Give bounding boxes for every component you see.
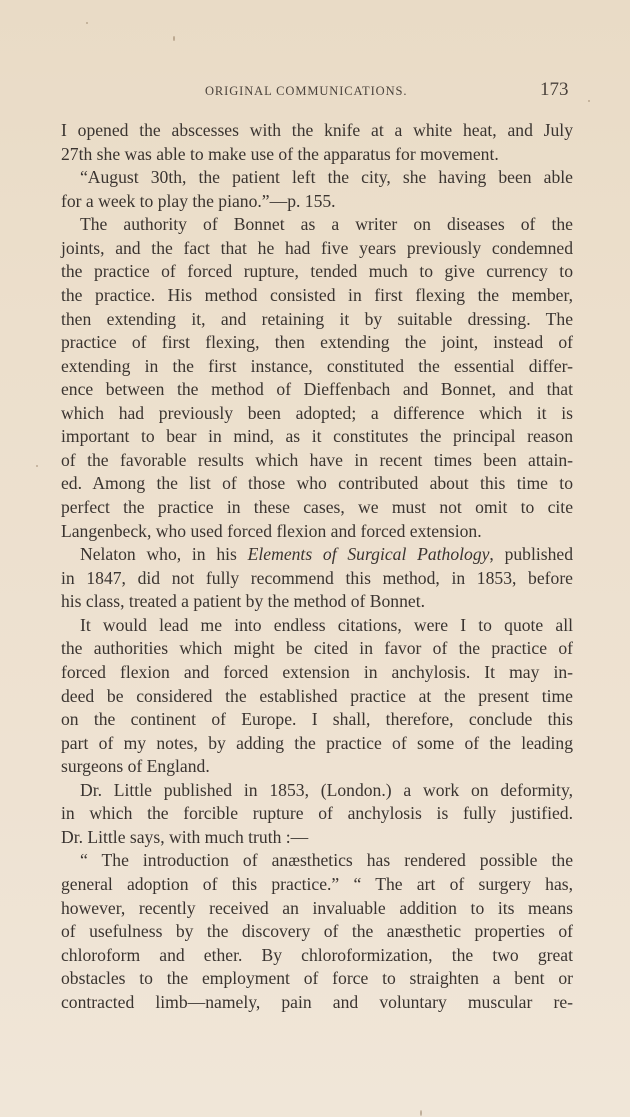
text-line: Langenbeck, who used forced flexion and … bbox=[61, 520, 573, 544]
text-line: of usefulness by the discovery of the an… bbox=[61, 920, 573, 944]
paragraph-start: The authority of Bonnet as a writer on d… bbox=[61, 213, 573, 237]
page-number: 173 bbox=[540, 79, 569, 101]
text-line: deed be considered the established pract… bbox=[61, 685, 573, 709]
text-line: forced flexion and forced extension in a… bbox=[61, 661, 573, 685]
text-line: joints, and the fact that he had five ye… bbox=[61, 237, 573, 261]
paper-speck bbox=[173, 36, 175, 41]
text-line: in which the forcible rupture of anchylo… bbox=[61, 802, 573, 826]
running-head: ORIGINAL COMMUNICATIONS. 173 bbox=[0, 81, 630, 105]
text-line: on the continent of Europe. I shall, the… bbox=[61, 708, 573, 732]
book-page: ORIGINAL COMMUNICATIONS. 173 I opened th… bbox=[0, 0, 630, 1117]
text-line: of the favorable results which have in r… bbox=[61, 449, 573, 473]
text-line: ed. Among the list of those who contribu… bbox=[61, 472, 573, 496]
text-fragment: Nelaton who, in his bbox=[80, 544, 248, 564]
paper-speck bbox=[588, 100, 590, 102]
text-line: for a week to play the piano.”—p. 155. bbox=[61, 190, 573, 214]
body-text: I opened the abscesses with the knife at… bbox=[61, 119, 573, 1014]
text-line: in 1847, did not fully recommend this me… bbox=[61, 567, 573, 591]
text-line: the practice. His method consisted in fi… bbox=[61, 284, 573, 308]
running-title: ORIGINAL COMMUNICATIONS. bbox=[205, 84, 407, 99]
text-line: ence between the method of Dieffenbach a… bbox=[61, 378, 573, 402]
paper-speck bbox=[420, 1110, 422, 1116]
text-line: extending in the first instance, constit… bbox=[61, 355, 573, 379]
book-title: Elements of Surgical Pathology bbox=[248, 544, 490, 564]
text-line: however, recently received an invaluable… bbox=[61, 897, 573, 921]
text-line: his class, treated a patient by the meth… bbox=[61, 590, 573, 614]
text-line: practice of first flexing, then extendin… bbox=[61, 331, 573, 355]
text-line: 27th she was able to make use of the app… bbox=[61, 143, 573, 167]
text-line: general adoption of this practice.” “ Th… bbox=[61, 873, 573, 897]
text-line: the practice of forced rupture, tended m… bbox=[61, 260, 573, 284]
text-line: the authorities which might be cited in … bbox=[61, 637, 573, 661]
quote-start: “ The introduction of anæsthetics has re… bbox=[61, 849, 573, 873]
text-line: contracted limb—namely, pain and volunta… bbox=[61, 991, 573, 1015]
text-line: which had previously been adopted; a dif… bbox=[61, 402, 573, 426]
text-line: Dr. Little says, with much truth :— bbox=[61, 826, 573, 850]
text-fragment: , published bbox=[489, 544, 573, 564]
text-line: surgeons of England. bbox=[61, 755, 573, 779]
text-line: then extending it, and retaining it by s… bbox=[61, 308, 573, 332]
paragraph-start: Dr. Little published in 1853, (London.) … bbox=[61, 779, 573, 803]
text-line: I opened the abscesses with the knife at… bbox=[61, 119, 573, 143]
text-line: part of my notes, by adding the practice… bbox=[61, 732, 573, 756]
text-line: chloroform and ether. By chloroformizati… bbox=[61, 944, 573, 968]
text-line: “August 30th, the patient left the city,… bbox=[61, 166, 573, 190]
paragraph-start: It would lead me into endless citations,… bbox=[61, 614, 573, 638]
paper-speck bbox=[36, 465, 38, 467]
paper-speck bbox=[86, 22, 88, 24]
text-line: obstacles to the employment of force to … bbox=[61, 967, 573, 991]
text-line: important to bear in mind, as it constit… bbox=[61, 425, 573, 449]
paragraph-start: Nelaton who, in his Elements of Surgical… bbox=[61, 543, 573, 567]
text-line: perfect the practice in these cases, we … bbox=[61, 496, 573, 520]
